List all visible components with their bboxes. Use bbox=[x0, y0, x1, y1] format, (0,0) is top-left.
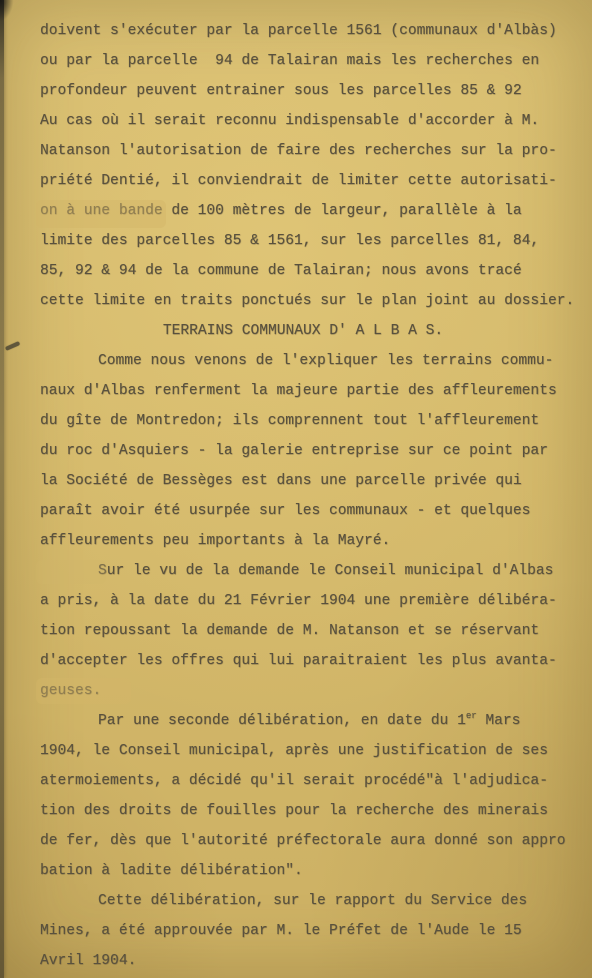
text-line: atermoiements, a décidé qu'il serait pro… bbox=[40, 766, 566, 796]
text-line: la Société de Bessèges est dans une parc… bbox=[40, 466, 566, 496]
text-line: naux d'Albas renferment la majeure parti… bbox=[40, 376, 566, 406]
text-line: Natanson l'autorisation de faire des rec… bbox=[40, 136, 566, 166]
text-line: Par une seconde délibération, en date du… bbox=[40, 706, 566, 736]
text-line: bation à ladite délibération". bbox=[40, 856, 566, 886]
text-line: du roc d'Asquiers - la galerie entrepris… bbox=[40, 436, 566, 466]
text-line: de fer, dès que l'autorité préfectorale … bbox=[40, 826, 566, 856]
text-line: Mines, a été approuvée par M. le Préfet … bbox=[40, 916, 566, 946]
text-line: Sur le vu de la demande le Conseil munic… bbox=[40, 556, 566, 586]
scan-edge-shadow bbox=[0, 0, 4, 978]
text-line: paraît avoir été usurpée sur les communa… bbox=[40, 496, 566, 526]
text-line: 85, 92 & 94 de la commune de Talairan; n… bbox=[40, 256, 566, 286]
text-line: priété Dentié, il conviendrait de limite… bbox=[40, 166, 566, 196]
text-line: Comme nous venons de l'expliquer les ter… bbox=[40, 346, 566, 376]
text-line: on à une bande de 100 mètres de largeur,… bbox=[40, 196, 566, 226]
text-line: Avril 1904. bbox=[40, 946, 566, 976]
text-line: doivent s'exécuter par la parcelle 1561 … bbox=[40, 16, 566, 46]
superscript-ordinal: er bbox=[466, 711, 477, 721]
text-line: 1904, le Conseil municipal, après une ju… bbox=[40, 736, 566, 766]
text-line: Au cas où il serait reconnu indispensabl… bbox=[40, 106, 566, 136]
text-line: du gîte de Montredon; ils comprennent to… bbox=[40, 406, 566, 436]
pen-mark-artifact bbox=[5, 341, 20, 350]
text-line: a pris, à la date du 21 Février 1904 une… bbox=[40, 586, 566, 616]
text-line: tion repoussant la demande de M. Natanso… bbox=[40, 616, 566, 646]
text-line: profondeur peuvent entrainer sous les pa… bbox=[40, 76, 566, 106]
scanned-document-page: doivent s'exécuter par la parcelle 1561 … bbox=[0, 0, 592, 978]
text-line: limite des parcelles 85 & 1561, sur les … bbox=[40, 226, 566, 256]
section-heading: TERRAINS COMMUNAUX D' A L B A S. bbox=[40, 316, 566, 346]
text-line: d'accepter les offres qui lui paraitraie… bbox=[40, 646, 566, 676]
text-line: ou par la parcelle 94 de Talairan mais l… bbox=[40, 46, 566, 76]
text-line: affleurements peu importants à la Mayré. bbox=[40, 526, 566, 556]
text-line: tion des droits de fouilles pour la rech… bbox=[40, 796, 566, 826]
text-block: doivent s'exécuter par la parcelle 1561 … bbox=[40, 16, 566, 976]
scan-corner-artifact bbox=[0, 0, 18, 28]
text-line: Cette délibération, sur le rapport du Se… bbox=[40, 886, 566, 916]
text-line: geuses. bbox=[40, 676, 566, 706]
text-line: cette limite en traits ponctués sur le p… bbox=[40, 286, 566, 316]
